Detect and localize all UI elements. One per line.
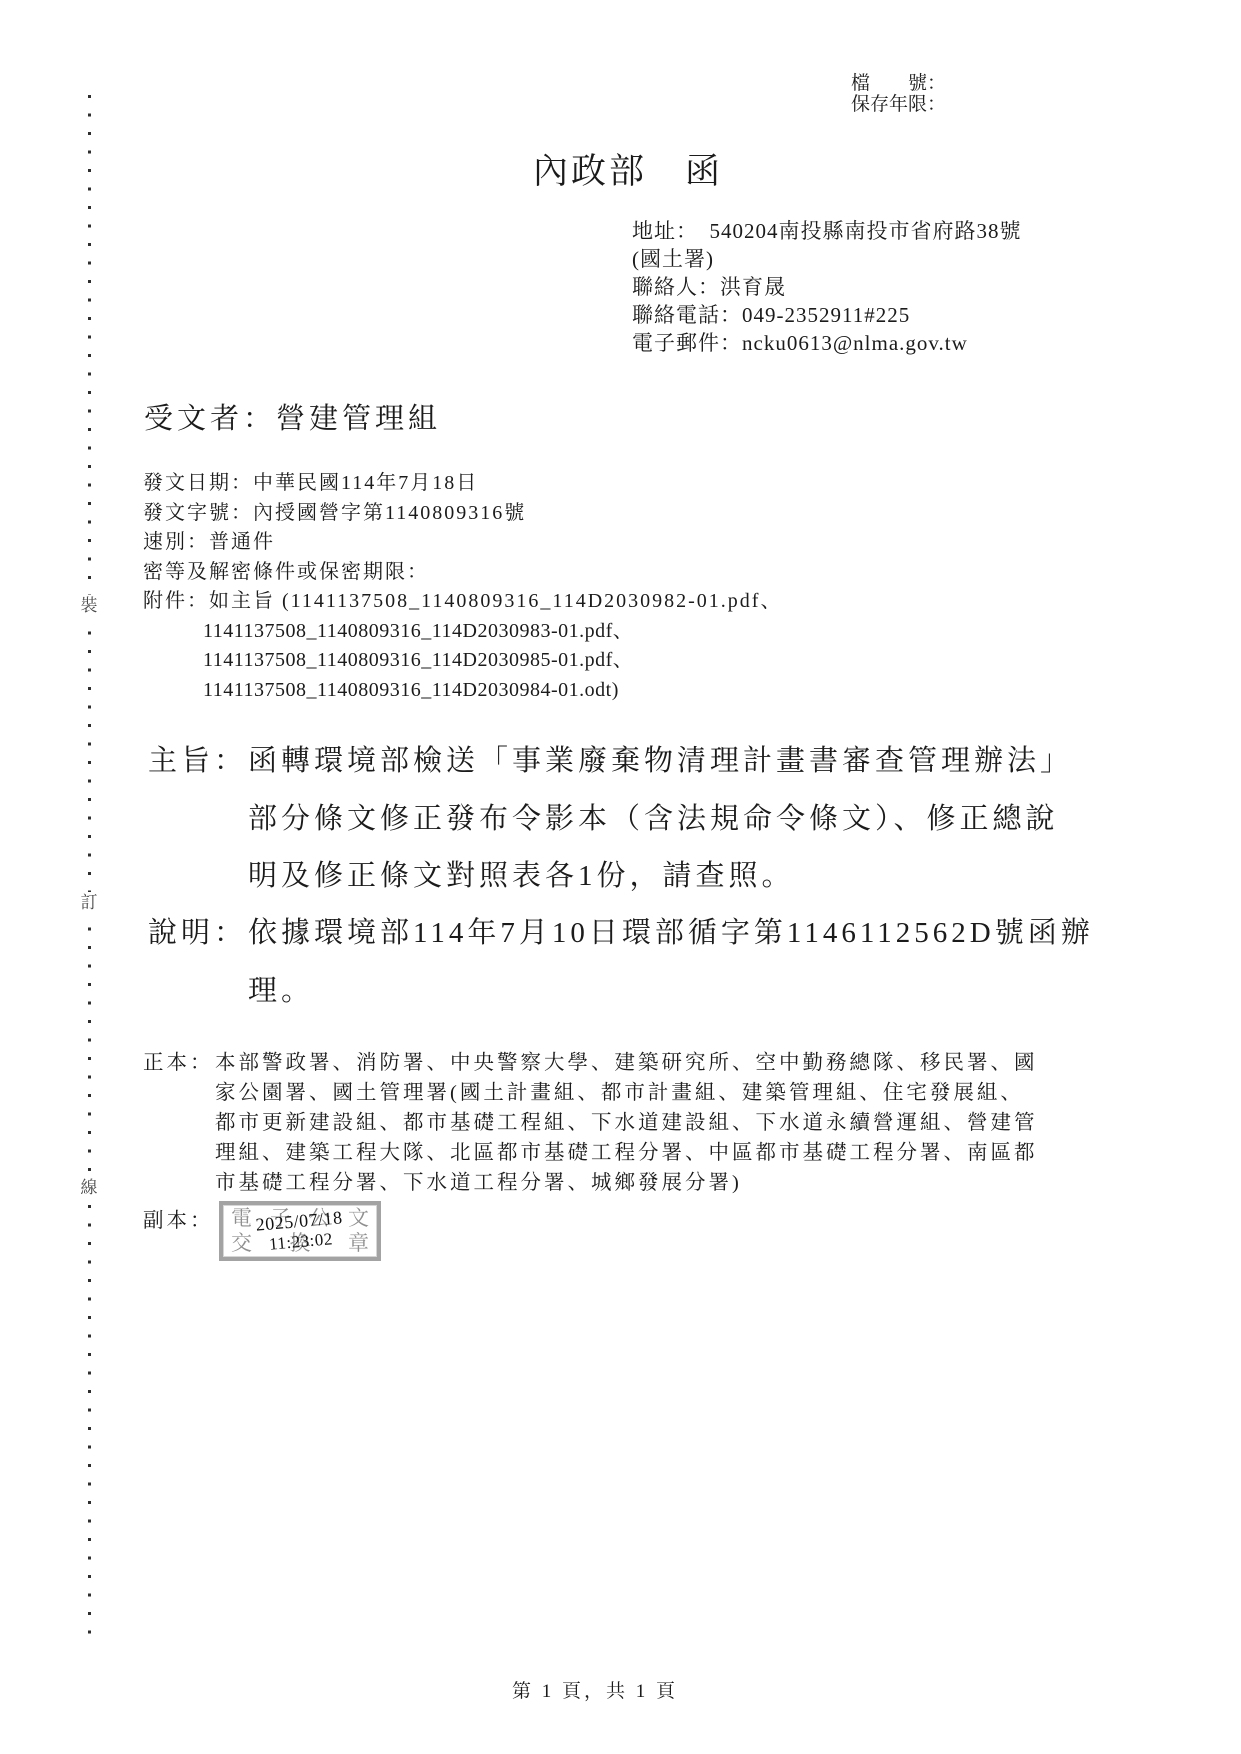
carbon-copy-label: 副本： (143, 1208, 214, 1234)
recipient-line: 受文者：營建管理組 (144, 402, 441, 436)
issue-date-line: 發文日期：中華民國114年7月18日 (143, 469, 782, 499)
sender-phone-line: 聯絡電話：049-2352911#225 (632, 301, 1022, 329)
explanation-label: 說明： (148, 905, 247, 963)
subject-content: 函轉環境部檢送「事業廢棄物清理計畫書審查管理辦法」 部分條文修正發布令影本（含法… (248, 733, 1208, 906)
stamp-time: 11:23:02 (268, 1230, 333, 1252)
file-number-block: 檔 號： 保存年限： (851, 73, 946, 115)
binding-dotted-line (88, 95, 91, 1645)
sender-agency-line: (國土署) (632, 245, 1022, 273)
original-copy-line: 都市更新建設組、都市基礎工程組、下水道建設組、下水道永續營運組、營建管 (215, 1108, 1175, 1138)
attachment-continuation-line: 1141137508_1140809316_114D2030985-01.pdf… (143, 646, 782, 676)
security-classification-line: 密等及解密條件或保密期限： (143, 558, 782, 588)
explanation-line: 依據環境部114年7月10日環部循字第1146112562D號函辦 (248, 905, 1208, 963)
electronic-document-exchange-stamp: 電 子 公 文 交 換 章 2025/07/18 11:23:02 (219, 1201, 381, 1261)
sender-address-line: 地址： 540204南投縣南投市省府路38號 (632, 217, 1022, 245)
subject-line: 明及修正條文對照表各1份，請查照。 (248, 848, 1208, 906)
original-copy-block: 正本： 本部警政署、消防署、中央警察大學、建築研究所、空中勤務總隊、移民署、國 … (143, 1048, 1175, 1198)
subject-block: 主旨： 函轉環境部檢送「事業廢棄物清理計畫書審查管理辦法」 部分條文修正發布令影… (148, 733, 1208, 906)
attachment-continuation-line: 1141137508_1140809316_114D2030983-01.pdf… (143, 617, 782, 647)
binding-mark-xian: 線 (78, 1177, 100, 1199)
attachment-continuation-line: 1141137508_1140809316_114D2030984-01.odt… (143, 676, 782, 706)
original-copy-label: 正本： (143, 1048, 214, 1078)
original-copy-line: 本部警政署、消防署、中央警察大學、建築研究所、空中勤務總隊、移民署、國 (215, 1048, 1175, 1078)
explanation-line: 理。 (248, 963, 1208, 1021)
subject-label: 主旨： (148, 733, 247, 791)
sender-contact-block: 地址： 540204南投縣南投市省府路38號 (國土署) 聯絡人：洪育晟 聯絡電… (632, 217, 1022, 357)
attachment-line: 附件：如主旨 (1141137508_1140809316_114D203098… (143, 587, 782, 617)
document-title: 內政部 函 (533, 150, 723, 194)
document-meta-block: 發文日期：中華民國114年7月18日 發文字號：內授國營字第1140809316… (143, 469, 782, 705)
explanation-block: 說明： 依據環境部114年7月10日環部循字第1146112562D號函辦 理。 (148, 905, 1208, 1020)
subject-line: 函轉環境部檢送「事業廢棄物清理計畫書審查管理辦法」 (248, 733, 1208, 791)
original-copy-line: 理組、建築工程大隊、北區都市基礎工程分署、中區都市基礎工程分署、南區都 (215, 1138, 1175, 1168)
explanation-content: 依據環境部114年7月10日環部循字第1146112562D號函辦 理。 (248, 905, 1208, 1020)
sender-email-line: 電子郵件：ncku0613@nlma.gov.tw (632, 329, 1022, 357)
retention-period-label: 保存年限： (851, 94, 946, 115)
official-letter-page: 裝 訂 線 檔 號： 保存年限： 內政部 函 地址： 540204南投縣南投市省… (0, 0, 1241, 1754)
binding-mark-ding: 訂 (78, 892, 100, 914)
page-footer: 第 1 頁，共 1 頁 (0, 1676, 1190, 1703)
original-copy-line: 市基礎工程分署、下水道工程分署、城鄉發展分署) (215, 1168, 1175, 1198)
sender-contact-person-line: 聯絡人：洪育晟 (632, 273, 1022, 301)
original-copy-line: 家公園署、國土管理署(國土計畫組、都市計畫組、建築管理組、住宅發展組、 (215, 1078, 1175, 1108)
binding-mark-zhuang: 裝 (78, 595, 100, 617)
subject-line: 部分條文修正發布令影本（含法規命令條文）、修正總說 (248, 791, 1208, 849)
original-copy-content: 本部警政署、消防署、中央警察大學、建築研究所、空中勤務總隊、移民署、國 家公園署… (215, 1048, 1175, 1198)
document-number-line: 發文字號：內授國營字第1140809316號 (143, 499, 782, 529)
file-number-label: 檔 號： (851, 73, 946, 94)
priority-line: 速別：普通件 (143, 528, 782, 558)
